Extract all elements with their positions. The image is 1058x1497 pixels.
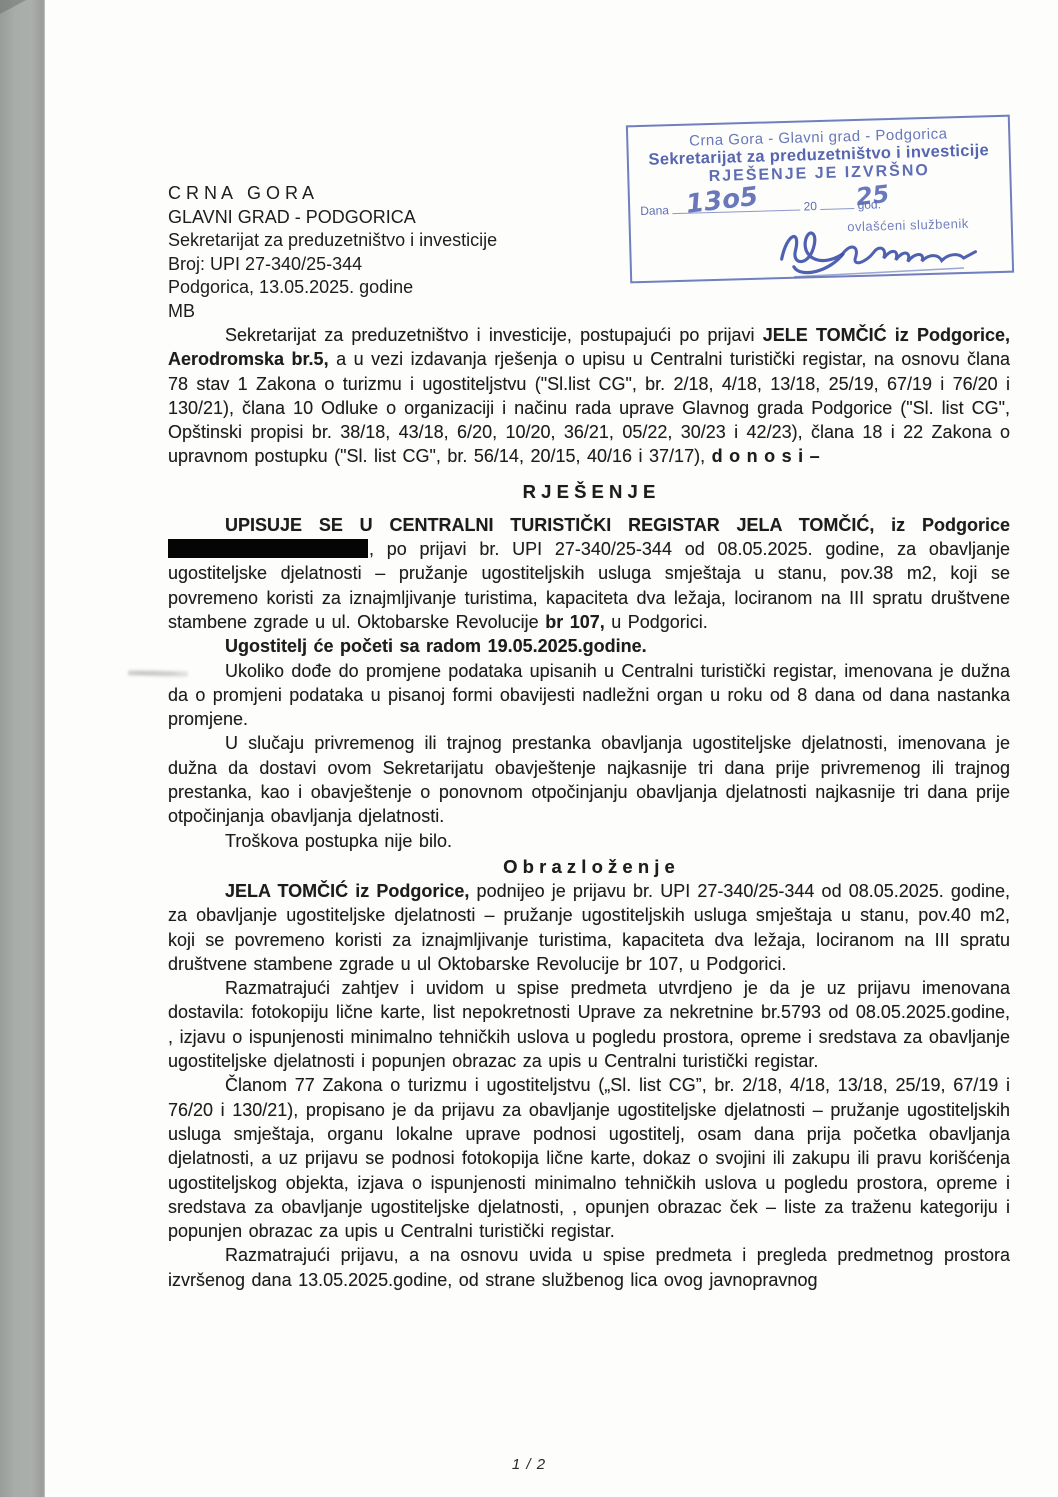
intro-paragraph: Sekretarijat za preduzetništvo i investi… — [168, 323, 1010, 469]
article-77-paragraph: Članom 77 Zakona o turizmu i ugostiteljs… — [168, 1073, 1010, 1243]
enacting-paragraph: UPISUJE SE U CENTRALNI TURISTIČKI REGIST… — [168, 513, 1010, 634]
upisuje-tail: u Podgorici. — [605, 612, 708, 632]
donosi-word: d o n o s i – — [712, 446, 820, 466]
upisuje-bold-lead: UPISUJE SE U CENTRALNI TURISTIČKI REGIST… — [225, 515, 1010, 535]
rationale-application-paragraph: JELA TOMČIĆ iz Podgorice, podnijeo je pr… — [168, 879, 1010, 976]
decision-heading: R J E Š E N J E — [168, 480, 1010, 504]
address-number: br 107, — [545, 612, 605, 632]
redaction-box — [168, 539, 368, 558]
cessation-paragraph: U slučaju privremenog ili trajnog presta… — [168, 731, 1010, 828]
change-of-data-paragraph: Ukoliko dođe do promjene podataka upisan… — [168, 659, 1010, 732]
letterhead-country: C R N A G O R A — [168, 182, 1010, 206]
start-date-line: Ugostitelj će početi sa radom 19.05.2025… — [168, 634, 1010, 658]
intro-text-pre: Sekretarijat za preduzetništvo i investi… — [225, 325, 763, 345]
page-number: 1 / 2 — [0, 1456, 1058, 1473]
scanner-edge-band — [0, 0, 45, 1497]
letterhead-place-date: Podgorica, 13.05.2025. godine — [168, 276, 1010, 300]
document-body: C R N A G O R A GLAVNI GRAD - PODGORICA … — [168, 182, 1010, 1292]
evidence-review-paragraph: Razmatrajući zahtjev i uvidom u spise pr… — [168, 976, 1010, 1073]
inspection-paragraph: Razmatrajući prijavu, a na osnovu uvida … — [168, 1243, 1010, 1292]
letterhead-ref-number: Broj: UPI 27-340/25-344 — [168, 253, 1010, 277]
letterhead-department: Sekretarijat za preduzetništvo i investi… — [168, 229, 1010, 253]
letterhead-city: GLAVNI GRAD - PODGORICA — [168, 206, 1010, 230]
rationale-heading: O b r a z l o ž e n j e — [168, 855, 1010, 879]
costs-line: Troškova postupka nije bilo. — [168, 829, 1010, 853]
letterhead-initials: MB — [168, 300, 1010, 324]
rationale-applicant-name: JELA TOMČIĆ iz Podgorice, — [225, 881, 469, 901]
